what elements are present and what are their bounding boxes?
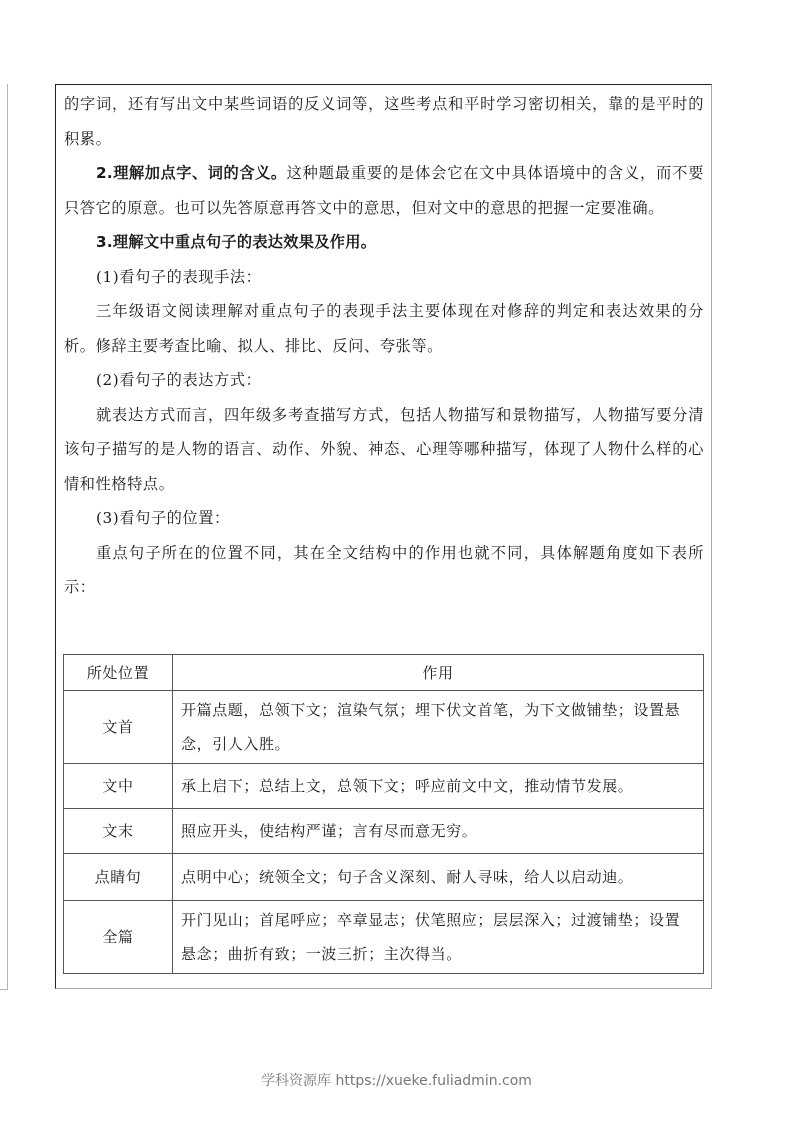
header-position: 所处位置 [64, 655, 173, 691]
table-header-row: 所处位置 作用 [64, 655, 704, 691]
paragraph-3: 3.理解文中重点句子的表达效果及作用。 [64, 225, 704, 260]
footer-watermark: 学科资源库 https://xueke.fuliadmin.com [0, 1070, 793, 1090]
paragraph-text: 三年级语文阅读理解对重点句子的表现手法主要体现在对修辞的判定和表达效果的分析。修… [64, 302, 704, 355]
cell-position: 文末 [64, 809, 173, 854]
paragraph-text: (2)看句子的表达方式： [96, 371, 261, 389]
previous-page-edge [0, 84, 8, 990]
paragraph-5: 三年级语文阅读理解对重点句子的表现手法主要体现在对修辞的判定和表达效果的分析。修… [64, 294, 704, 363]
cell-role: 开篇点题，总领下文；渲染气氛；埋下伏文首笔，为下文做铺垫；设置悬念，引人入胜。 [173, 691, 704, 764]
document-page: 的字词，还有写出文中某些词语的反义词等，这些考点和平时学习密切相关，靠的是平时的… [55, 84, 712, 989]
table-row: 文中 承上启下；总结上文，总领下文；呼应前文中文，推动情节发展。 [64, 764, 704, 809]
paragraph-heading: 2.理解加点字、词的含义。 [96, 164, 287, 182]
cell-position: 文中 [64, 764, 173, 809]
document-content: 的字词，还有写出文中某些词语的反义词等，这些考点和平时学习密切相关，靠的是平时的… [64, 85, 704, 605]
paragraph-text: 就表达方式而言，四年级多考查描写方式，包括人物描写和景物描写，人物描写要分清该句… [64, 406, 704, 493]
paragraph-text: (1)看句子的表现手法： [96, 268, 261, 286]
cell-position: 点睛句 [64, 854, 173, 901]
paragraph-text: (3)看句子的位置： [96, 509, 230, 527]
paragraph-4: (1)看句子的表现手法： [64, 260, 704, 295]
paragraph-text: 重点句子所在的位置不同，其在全文结构中的作用也就不同，具体解题角度如下表所示： [64, 544, 704, 597]
cell-position: 全篇 [64, 901, 173, 974]
cell-role: 开门见山；首尾呼应；卒章显志；伏笔照应；层层深入；过渡铺垫；设置悬念；曲折有致；… [173, 901, 704, 974]
paragraph-7: 就表达方式而言，四年级多考查描写方式，包括人物描写和景物描写，人物描写要分清该句… [64, 398, 704, 502]
position-role-table: 所处位置 作用 文首 开篇点题，总领下文；渲染气氛；埋下伏文首笔，为下文做铺垫；… [63, 654, 704, 974]
paragraph-2: 2.理解加点字、词的含义。这种题最重要的是体会它在文中具体语境中的含义，而不要只… [64, 156, 704, 225]
cell-position: 文首 [64, 691, 173, 764]
paragraph-text: 的字词，还有写出文中某些词语的反义词等，这些考点和平时学习密切相关，靠的是平时的… [64, 95, 704, 148]
paragraph-9: 重点句子所在的位置不同，其在全文结构中的作用也就不同，具体解题角度如下表所示： [64, 536, 704, 605]
paragraph-1: 的字词，还有写出文中某些词语的反义词等，这些考点和平时学习密切相关，靠的是平时的… [64, 87, 704, 156]
paragraph-6: (2)看句子的表达方式： [64, 363, 704, 398]
paragraph-8: (3)看句子的位置： [64, 501, 704, 536]
cell-role: 照应开头，使结构严谨；言有尽而意无穷。 [173, 809, 704, 854]
table-row: 文首 开篇点题，总领下文；渲染气氛；埋下伏文首笔，为下文做铺垫；设置悬念，引人入… [64, 691, 704, 764]
table-row: 全篇 开门见山；首尾呼应；卒章显志；伏笔照应；层层深入；过渡铺垫；设置悬念；曲折… [64, 901, 704, 974]
table-row: 点睛句 点明中心；统领全文；句子含义深刻、耐人寻味，给人以启动迪。 [64, 854, 704, 901]
table-row: 文末 照应开头，使结构严谨；言有尽而意无穷。 [64, 809, 704, 854]
header-role: 作用 [173, 655, 704, 691]
paragraph-heading: 3.理解文中重点句子的表达效果及作用。 [96, 233, 376, 251]
cell-role: 承上启下；总结上文，总领下文；呼应前文中文，推动情节发展。 [173, 764, 704, 809]
cell-role: 点明中心；统领全文；句子含义深刻、耐人寻味，给人以启动迪。 [173, 854, 704, 901]
